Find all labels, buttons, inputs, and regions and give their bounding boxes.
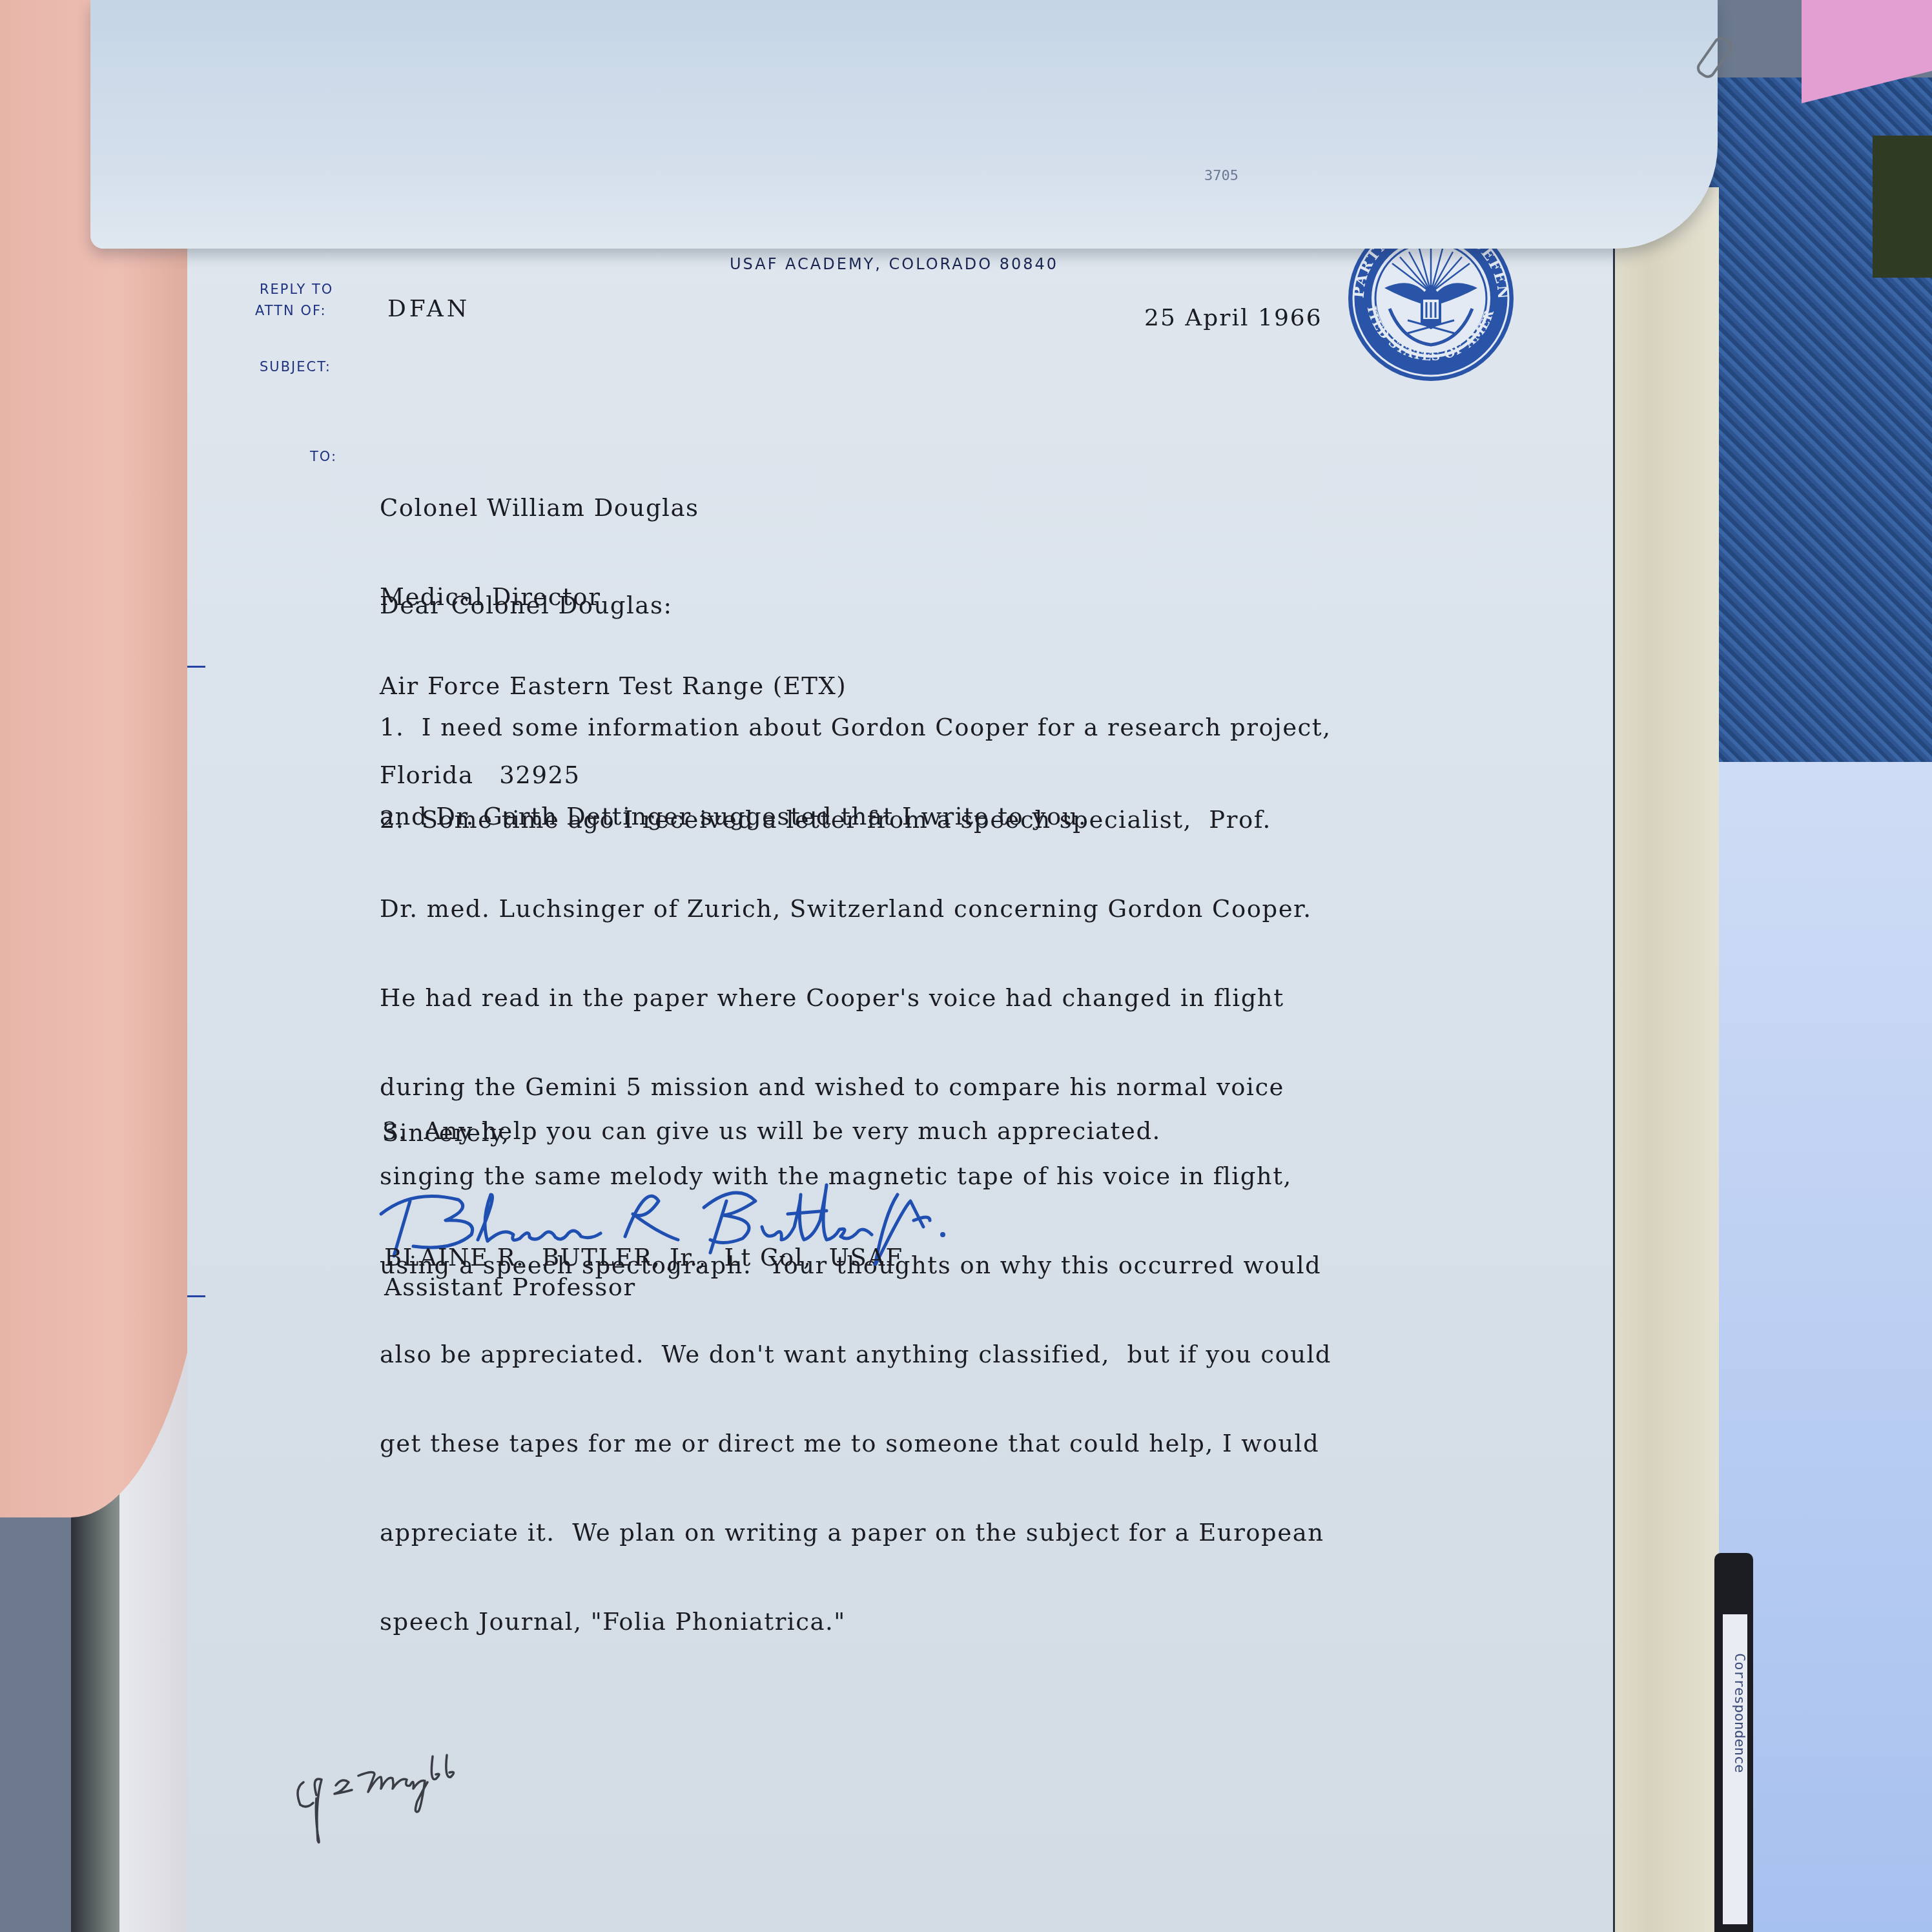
bleed-through-text — [801, 13, 816, 43]
grass-background — [1873, 136, 1932, 278]
office-symbol: DFAN — [387, 296, 470, 322]
letterhead-address: USAF ACADEMY, COLORADO 80840 — [730, 255, 1058, 273]
text-line: He had read in the paper where Cooper's … — [380, 983, 1331, 1013]
typed-signature-name: BLAINE R. BUTLER, Jr., Lt Col, USAF — [384, 1243, 903, 1273]
text-line: speech Journal, "Folia Phoniatrica." — [380, 1607, 1331, 1637]
margin-tick-mark — [187, 666, 205, 668]
text-line: also be appreciated. We don't want anyth… — [380, 1340, 1331, 1370]
closing: Sincerely, — [382, 1118, 510, 1148]
folded-top-page: 3705 — [90, 0, 1718, 249]
margin-tick-mark — [187, 1295, 205, 1297]
flap-reference-mark: 3705 — [1204, 168, 1238, 184]
salutation: Dear Colonel Douglas: — [380, 591, 672, 621]
to-label: TO: — [310, 446, 337, 468]
text-line: 2. Some time ago I received a letter fro… — [380, 805, 1331, 835]
text-line: appreciate it. We plan on writing a pape… — [380, 1518, 1331, 1548]
page-edge-rule — [1613, 245, 1615, 1932]
recipient-line: Colonel William Douglas — [380, 493, 847, 523]
attn-of-label: ATTN OF: — [255, 300, 326, 322]
letter-page: DEPARTMENT OF AERONAUTICS USAF ACADEMY, … — [187, 245, 1614, 1932]
signer-title: Assistant Professor — [384, 1273, 636, 1302]
text-line: 1. I need some information about Gordon … — [380, 713, 1331, 743]
subject-label: SUBJECT: — [260, 356, 331, 378]
text-line: get these tapes for me or direct me to s… — [380, 1429, 1331, 1459]
text-line: Dr. med. Luchsinger of Zurich, Switzerla… — [380, 894, 1331, 924]
folder-tab-label: Correspondence — [1723, 1614, 1747, 1924]
reply-to-label: REPLY TO — [260, 279, 333, 300]
letter-date: 25 April 1966 — [1144, 305, 1322, 331]
handwritten-annotation: cf 2 May 66 — [278, 1718, 471, 1847]
